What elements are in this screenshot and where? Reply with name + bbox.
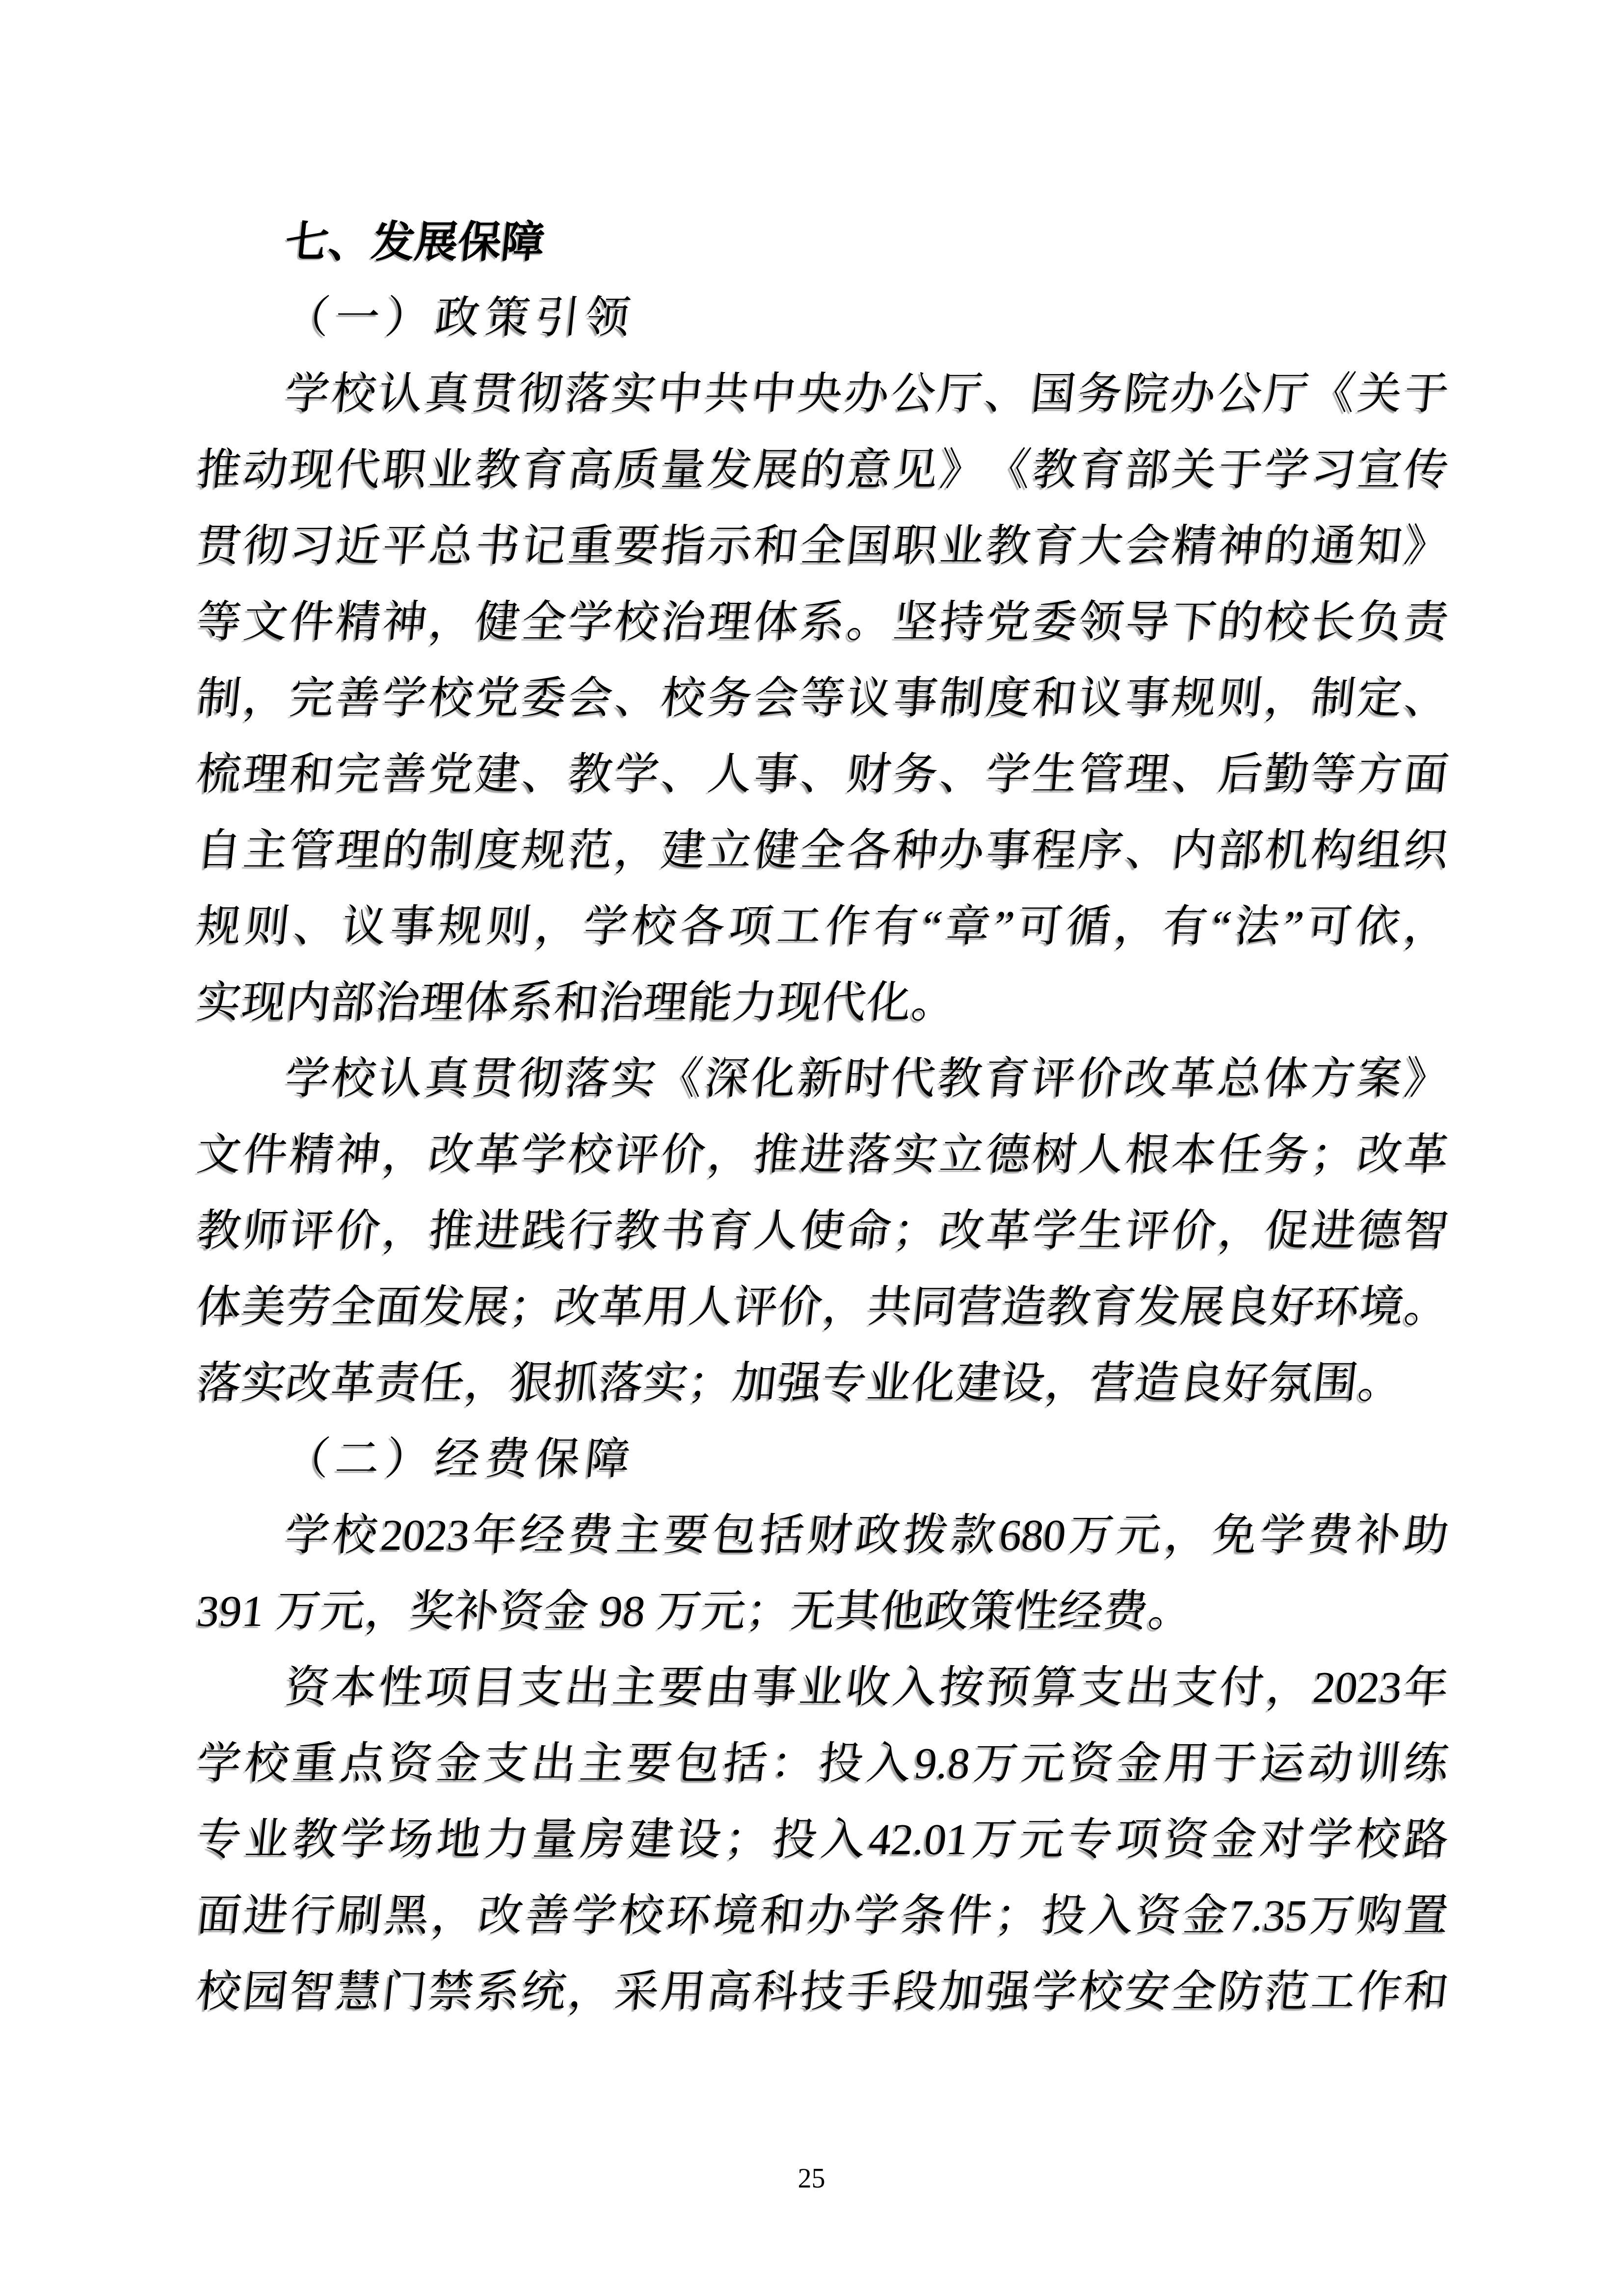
glyph: 学 xyxy=(1029,1954,1081,2030)
glyph: 重 xyxy=(289,1726,341,1802)
glyph: 统 xyxy=(518,1954,570,2030)
glyph: 环 xyxy=(663,1878,715,1954)
glyph: 主 xyxy=(576,1726,628,1802)
glyph: 支 xyxy=(1076,1649,1128,1726)
text-line: 贯彻习近平总书记重要指示和全国职业教育大会精神的通知》 xyxy=(193,508,1452,584)
glyph: 出 xyxy=(528,1726,580,1802)
glyph: 学 xyxy=(611,736,663,812)
glyph: 力 xyxy=(481,1802,533,1878)
glyph: 事 xyxy=(983,812,1035,889)
glyph: 面 xyxy=(372,1269,424,1345)
glyph: 循 xyxy=(1063,889,1115,965)
glyph: 评 xyxy=(730,1269,782,1345)
glyph: 职 xyxy=(379,432,431,508)
glyph: 项 xyxy=(422,1649,474,1726)
glyph: 对 xyxy=(1256,1802,1308,1878)
glyph: 慧 xyxy=(332,1954,384,2030)
glyph: 要 xyxy=(655,1649,707,1726)
glyph: 算 xyxy=(1029,1649,1081,1726)
glyph: 议 xyxy=(338,889,390,965)
glyph: 领 xyxy=(1075,584,1127,660)
glyph: ， xyxy=(819,1269,871,1345)
glyph: 通 xyxy=(1307,508,1359,584)
glyph: 事 xyxy=(750,736,802,812)
glyph: 制 xyxy=(426,812,478,889)
glyph: 善 xyxy=(522,1878,574,1954)
glyph: 可 xyxy=(1014,889,1066,965)
glyph: 校 xyxy=(1075,1954,1127,2030)
glyph: 学 xyxy=(1029,1193,1081,1269)
glyph: 有 xyxy=(870,889,922,965)
subsection-heading: （一）政策引领 xyxy=(193,280,1452,356)
glyph: 置 xyxy=(1400,1878,1452,1954)
glyph: 则 xyxy=(241,889,293,965)
glyph: ， xyxy=(1263,1649,1315,1726)
glyph: 改 xyxy=(1120,1041,1172,1117)
glyph: 勤 xyxy=(1261,736,1313,812)
glyph: 方 xyxy=(1307,1041,1359,1117)
glyph: 括 xyxy=(719,1726,772,1802)
glyph: 育 xyxy=(704,1193,756,1269)
glyph: 贯 xyxy=(468,1041,520,1117)
glyph: 实 xyxy=(608,356,660,432)
glyph: 环 xyxy=(1311,1269,1363,1345)
text-line: 专业教学场地力量房建设；投入42.01万元专项资金对学校路 xyxy=(193,1802,1452,1878)
glyph: 9.8 xyxy=(911,1726,974,1802)
glyph: ， xyxy=(428,1878,480,1954)
glyph: 校 xyxy=(328,1041,380,1117)
glyph: 》 xyxy=(936,432,988,508)
glyph: 规 xyxy=(435,889,487,965)
glyph: 职 xyxy=(890,508,942,584)
glyph: 、 xyxy=(658,736,710,812)
glyph: 出 xyxy=(1122,1649,1174,1726)
glyph: 学 xyxy=(379,660,431,736)
subsection-heading: （二）经费保障 xyxy=(193,1421,1452,1497)
glyph: 贯 xyxy=(468,356,520,432)
glyph: 项 xyxy=(725,889,777,965)
glyph: 件 xyxy=(286,584,338,660)
glyph: 文 xyxy=(193,1117,245,1193)
glyph: 补 xyxy=(1353,1497,1405,1573)
glyph: 理 xyxy=(704,584,756,660)
glyph: 要 xyxy=(611,508,663,584)
glyph: 面 xyxy=(193,1878,245,1954)
glyph: 方 xyxy=(1354,736,1406,812)
glyph: 见 xyxy=(890,432,942,508)
glyph: 立 xyxy=(704,812,756,889)
glyph: 精 xyxy=(1168,508,1220,584)
glyph: 、 xyxy=(611,660,663,736)
glyph: 度 xyxy=(472,812,524,889)
glyph: 评 xyxy=(286,1193,338,1269)
glyph: 彻 xyxy=(514,356,566,432)
glyph: ； xyxy=(1307,1117,1359,1193)
glyph: 学 xyxy=(193,1726,245,1802)
text-line: 梳理和完善党建、教学、人事、财务、学生管理、后勤等方面 xyxy=(193,736,1452,812)
glyph: 校 xyxy=(658,660,710,736)
glyph: 条 xyxy=(898,1878,950,1954)
glyph: 《 xyxy=(654,1041,706,1117)
glyph: 资 xyxy=(1065,1726,1117,1802)
glyph: 主 xyxy=(239,812,292,889)
glyph: 工 xyxy=(773,889,825,965)
glyph: 务 xyxy=(704,660,756,736)
glyph: 推 xyxy=(426,1193,478,1269)
glyph: 政 xyxy=(852,1497,904,1573)
glyph: 师 xyxy=(239,1193,292,1269)
text-line: 学校重点资金支出主要包括：投入9.8万元资金用于运动训练 xyxy=(193,1726,1452,1802)
glyph: 行 xyxy=(564,1193,616,1269)
glyph: 技 xyxy=(797,1954,849,2030)
glyph: 校 xyxy=(564,1117,616,1193)
glyph: 投 xyxy=(815,1726,867,1802)
glyph: 制 xyxy=(193,660,245,736)
glyph: 发 xyxy=(417,1269,469,1345)
glyph: 》 xyxy=(1400,508,1452,584)
glyph: 主 xyxy=(612,1497,665,1573)
glyph: 制 xyxy=(1307,660,1359,736)
glyph: 校 xyxy=(628,889,680,965)
glyph: 校 xyxy=(426,660,478,736)
glyph: 面 xyxy=(1400,736,1452,812)
glyph: 共 xyxy=(701,356,753,432)
glyph: 央 xyxy=(794,356,846,432)
glyph: 评 xyxy=(1027,1041,1079,1117)
glyph: 任 xyxy=(1215,1117,1267,1193)
glyph: 管 xyxy=(286,812,338,889)
glyph: 资 xyxy=(281,1649,333,1726)
glyph: 量 xyxy=(658,432,710,508)
glyph: 金 xyxy=(1179,1878,1231,1954)
glyph: 高 xyxy=(704,1954,756,2030)
glyph: 展 xyxy=(750,432,802,508)
glyph: 学 xyxy=(580,889,632,965)
glyph: 党 xyxy=(472,660,524,736)
glyph: 校 xyxy=(616,1878,668,1954)
glyph: 出 xyxy=(562,1649,614,1726)
glyph: 用 xyxy=(658,1954,710,2030)
glyph: 意 xyxy=(843,432,895,508)
glyph: 金 xyxy=(1208,1802,1260,1878)
glyph: ， xyxy=(379,1117,431,1193)
glyph: 重 xyxy=(564,508,616,584)
glyph: 要 xyxy=(661,1497,713,1573)
glyph: 学 xyxy=(281,1497,333,1573)
glyph: 全 xyxy=(1168,1954,1220,2030)
glyph: 好 xyxy=(1266,1269,1318,1345)
glyph: 金 xyxy=(1113,1726,1165,1802)
glyph: 各 xyxy=(843,812,895,889)
glyph: 路 xyxy=(1400,1802,1452,1878)
glyph: 精 xyxy=(286,1117,338,1193)
glyph: 事 xyxy=(387,889,439,965)
glyph: 构 xyxy=(1307,812,1359,889)
glyph: 购 xyxy=(1353,1878,1405,1954)
glyph: 智 xyxy=(286,1954,338,2030)
glyph: 完 xyxy=(332,736,384,812)
glyph: 智 xyxy=(1400,1193,1452,1269)
glyph: 体 xyxy=(1260,1041,1312,1117)
glyph: 育 xyxy=(518,432,570,508)
glyph: 习 xyxy=(286,508,338,584)
glyph: 财 xyxy=(843,736,895,812)
glyph: 文 xyxy=(239,584,292,660)
glyph: ， xyxy=(1111,889,1163,965)
glyph: 资 xyxy=(1160,1802,1212,1878)
glyph: 生 xyxy=(1075,1193,1127,1269)
glyph: 树 xyxy=(1029,1117,1081,1193)
glyph: 下 xyxy=(1168,584,1220,660)
glyph: 专 xyxy=(1064,1802,1117,1878)
glyph: 同 xyxy=(908,1269,960,1345)
glyph: ， xyxy=(704,1117,756,1193)
glyph: 实 xyxy=(608,1041,660,1117)
glyph: ， xyxy=(1400,889,1452,965)
glyph: 展 xyxy=(1177,1269,1229,1345)
text-line: 体美劳全面发展；改革用人评价，共同营造教育发展良好环境。 xyxy=(193,1269,1452,1345)
glyph: 事 xyxy=(890,660,942,736)
glyph: 万 xyxy=(968,1802,1020,1878)
glyph: ， xyxy=(379,1193,431,1269)
glyph: 总 xyxy=(1214,1041,1266,1117)
glyph: 于 xyxy=(1400,356,1452,432)
glyph: 时 xyxy=(841,1041,893,1117)
glyph: 神 xyxy=(379,584,431,660)
glyph: 680 xyxy=(995,1497,1069,1573)
text-line: 校园智慧门禁系统，采用高科技手段加强学校安全防范工作和 xyxy=(193,1954,1452,2030)
glyph: 。 xyxy=(1400,1269,1452,1345)
glyph: 负 xyxy=(1354,584,1406,660)
glyph: 资 xyxy=(384,1726,436,1802)
glyph: 长 xyxy=(1307,584,1359,660)
glyph: 中 xyxy=(654,356,706,432)
glyph: 美 xyxy=(238,1269,290,1345)
glyph: 设 xyxy=(673,1802,725,1878)
glyph: 神 xyxy=(1215,508,1267,584)
glyph: 进 xyxy=(240,1878,292,1954)
glyph: 中 xyxy=(747,356,799,432)
glyph: 法 xyxy=(1231,889,1283,965)
glyph: 和 xyxy=(286,736,338,812)
glyph: 育 xyxy=(981,1041,1033,1117)
glyph: 内 xyxy=(1168,812,1220,889)
glyph: 主 xyxy=(609,1649,661,1726)
glyph: 入 xyxy=(889,1649,941,1726)
glyph: 大 xyxy=(1075,508,1127,584)
glyph: 校 xyxy=(241,1726,293,1802)
glyph: 作 xyxy=(1354,1954,1406,2030)
glyph: 价 xyxy=(332,1193,384,1269)
glyph: 立 xyxy=(936,1117,988,1193)
glyph: 自 xyxy=(193,812,245,889)
glyph: 完 xyxy=(286,660,338,736)
glyph: 》 xyxy=(1400,1041,1452,1117)
glyph: 真 xyxy=(421,356,473,432)
glyph: 化 xyxy=(747,1041,799,1117)
glyph: 作 xyxy=(822,889,874,965)
glyph: 经 xyxy=(517,1497,569,1573)
glyph: 的 xyxy=(797,432,849,508)
glyph: 学 xyxy=(1304,1802,1357,1878)
glyph: 德 xyxy=(983,1117,1035,1193)
glyph: 教 xyxy=(934,1041,986,1117)
glyph: 支 xyxy=(515,1649,567,1726)
glyph: 部 xyxy=(1122,432,1174,508)
glyph: ， xyxy=(564,1954,616,2030)
glyph: 传 xyxy=(1400,432,1452,508)
glyph: 使 xyxy=(797,1193,849,1269)
glyph: 校 xyxy=(611,584,663,660)
glyph: 公 xyxy=(1214,356,1266,432)
glyph: 全 xyxy=(327,1269,379,1345)
glyph: 教 xyxy=(983,508,1035,584)
glyph: 黑 xyxy=(381,1878,433,1954)
glyph: 练 xyxy=(1400,1726,1452,1802)
glyph: 和 xyxy=(750,508,802,584)
text-line: 文件精神，改革学校评价，推进落实立德树人根本任务；改革 xyxy=(193,1117,1452,1193)
glyph: 、 xyxy=(936,736,988,812)
glyph: 和 xyxy=(1400,1954,1452,2030)
glyph: 工 xyxy=(1307,1954,1359,2030)
glyph: 万 xyxy=(1065,1497,1117,1573)
glyph: 精 xyxy=(332,584,384,660)
glyph: 改 xyxy=(936,1193,988,1269)
glyph: 入 xyxy=(1086,1878,1138,1954)
glyph: 会 xyxy=(750,660,802,736)
glyph: 科 xyxy=(750,1954,802,2030)
glyph: 校 xyxy=(329,1497,381,1573)
glyph: 业 xyxy=(796,1649,848,1726)
text-line: 自主管理的制度规范，建立健全各种办事程序、内部机构组织 xyxy=(193,812,1452,889)
glyph: 现 xyxy=(286,432,338,508)
glyph: 的 xyxy=(379,812,431,889)
glyph: 段 xyxy=(890,1954,942,2030)
page-number: 25 xyxy=(0,2164,1623,2193)
glyph: 持 xyxy=(936,584,988,660)
glyph: 支 xyxy=(480,1726,532,1802)
glyph: 手 xyxy=(843,1954,895,2030)
glyph: 委 xyxy=(518,660,570,736)
glyph: 育 xyxy=(1029,508,1081,584)
glyph: 学 xyxy=(983,736,1035,812)
glyph: 平 xyxy=(379,508,431,584)
glyph: 业 xyxy=(936,508,988,584)
text-line: 等文件精神，健全学校治理体系。坚持党委领导下的校长负责 xyxy=(193,584,1452,660)
glyph: ， xyxy=(1215,1193,1267,1269)
glyph: 关 xyxy=(1354,356,1406,432)
glyph: 境 xyxy=(710,1878,762,1954)
glyph: 教 xyxy=(289,1802,341,1878)
glyph: 院 xyxy=(1120,356,1172,432)
glyph: 治 xyxy=(658,584,710,660)
glyph: 学 xyxy=(564,584,616,660)
glyph: 生 xyxy=(1029,736,1081,812)
glyph: 建 xyxy=(625,1802,677,1878)
glyph: 关 xyxy=(1168,432,1220,508)
glyph: 高 xyxy=(564,432,616,508)
glyph: 革 xyxy=(1400,1117,1452,1193)
glyph: 务 xyxy=(1074,356,1126,432)
glyph: 学 xyxy=(337,1802,389,1878)
glyph: 范 xyxy=(1261,1954,1313,2030)
glyph: 贯 xyxy=(193,508,245,584)
glyph: 则 xyxy=(1215,660,1267,736)
glyph: 教 xyxy=(1029,432,1081,508)
glyph: 办 xyxy=(841,356,893,432)
glyph: 依 xyxy=(1352,889,1404,965)
glyph: 、 xyxy=(518,736,570,812)
glyph: 善 xyxy=(379,736,431,812)
glyph: 专 xyxy=(193,1802,245,1878)
glyph: 业 xyxy=(426,432,478,508)
glyph: 记 xyxy=(518,508,570,584)
text-line: 落实改革责任，狠抓落实；加强专业化建设，营造良好氛围。 xyxy=(193,1345,1452,1421)
glyph: 教 xyxy=(472,432,524,508)
glyph: 价 xyxy=(658,1117,710,1193)
glyph: 加 xyxy=(936,1954,988,2030)
glyph: 革 xyxy=(472,1117,524,1193)
glyph: 厅 xyxy=(1260,356,1312,432)
glyph: 革 xyxy=(595,1269,647,1345)
glyph: ； xyxy=(991,1878,1043,1954)
glyph: 系 xyxy=(797,584,849,660)
glyph: 校 xyxy=(1261,584,1313,660)
glyph: ， xyxy=(532,889,584,965)
glyph: 书 xyxy=(658,1193,710,1269)
glyph: 梳 xyxy=(193,736,245,812)
glyph: 部 xyxy=(1215,812,1267,889)
glyph: 校 xyxy=(193,1954,245,2030)
glyph: 收 xyxy=(842,1649,894,1726)
glyph: 42.01 xyxy=(865,1802,973,1878)
glyph: 全 xyxy=(797,812,849,889)
glyph: 会 xyxy=(1122,508,1174,584)
glyph: 训 xyxy=(1353,1726,1405,1802)
glyph: 学 xyxy=(281,356,333,432)
glyph: 进 xyxy=(472,1193,524,1269)
text-line: 规则、议事规则，学校各项工作有“章”可循，有“法”可依， xyxy=(193,889,1452,965)
glyph: 进 xyxy=(797,1117,849,1193)
glyph: 价 xyxy=(1074,1041,1126,1117)
glyph: 育 xyxy=(1075,432,1127,508)
glyph: 年 xyxy=(469,1497,521,1573)
glyph: 神 xyxy=(332,1117,384,1193)
glyph: 件 xyxy=(944,1878,996,1954)
glyph: 革 xyxy=(1167,1041,1219,1117)
glyph: 财 xyxy=(804,1497,856,1573)
glyph: 境 xyxy=(1356,1269,1408,1345)
glyph: 《 xyxy=(1307,356,1359,432)
glyph: 进 xyxy=(1307,1193,1359,1269)
glyph: 入 xyxy=(817,1802,869,1878)
text-line: 学校认真贯彻落实中共中央办公厅、国务院办公厅《关于 xyxy=(193,356,1452,432)
glyph: 推 xyxy=(750,1117,802,1193)
glyph: ； xyxy=(721,1802,773,1878)
glyph: 校 xyxy=(328,356,380,432)
glyph: 2023 xyxy=(1309,1649,1406,1726)
glyph: 新 xyxy=(794,1041,846,1117)
text-line: 制，完善学校党委会、校务会等议事制度和议事规则，制定、 xyxy=(193,660,1452,736)
glyph: 和 xyxy=(757,1878,809,1954)
text-line: 推动现代职业教育高质量发展的意见》《教育部关于学习宣传 xyxy=(193,432,1452,508)
glyph: 建 xyxy=(472,736,524,812)
glyph: 建 xyxy=(658,812,710,889)
glyph: 机 xyxy=(1261,812,1313,889)
glyph: 防 xyxy=(1215,1954,1267,2030)
glyph: 落 xyxy=(561,1041,613,1117)
glyph: 后 xyxy=(1215,736,1267,812)
